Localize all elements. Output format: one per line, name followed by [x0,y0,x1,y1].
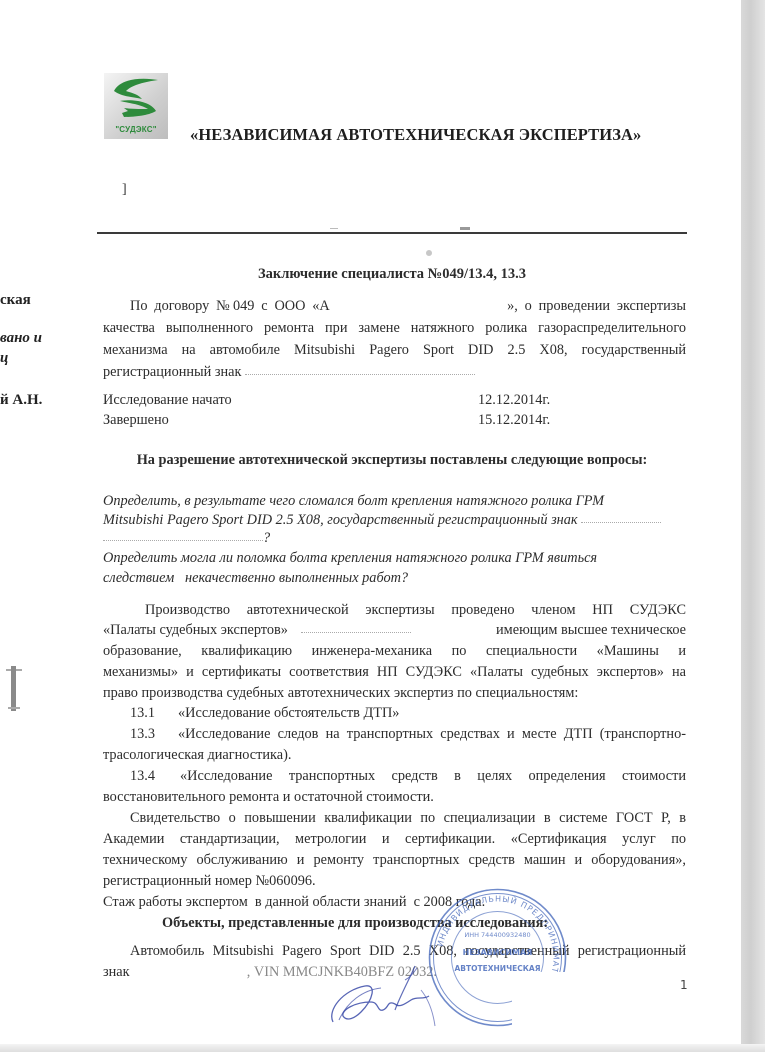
question-1-text: Mitsubishi Pagero Sport DID 2.5 X08, гос… [103,512,578,528]
header-divider [97,232,687,234]
certificate-line: Свидетельство о повышении квалификации п… [130,808,686,828]
redacted-plate-number [245,371,475,375]
question-1-line: Mitsubishi Pagero Sport DID 2.5 X08, гос… [103,510,661,530]
question-1-line: Определить, в результате чего сломался б… [103,491,604,511]
intro-text-4: регистрационный знак [103,364,241,380]
date-value-finished: 15.12.2014г. [478,410,550,430]
sudex-logo: "СУДЭКС" [104,73,168,139]
redacted-plate-number [581,519,661,523]
specialty-text: «Исследование транспортных средств в цел… [180,766,686,786]
question-2-line: следствием некачественно выполненных раб… [103,568,408,588]
question-1-line: ? [103,528,270,548]
expert-text: «Палаты судебных экспертов» [103,622,288,638]
expert-line: Производство автотехнической экспертизы … [145,600,686,620]
specialty-text: трасологическая диагностика). [103,745,291,765]
specialty-text: «Исследование следов на транспортных сре… [178,724,686,744]
binding-mark [11,666,16,711]
fragment-line: й А.Н. [0,392,42,409]
objects-line: Автомобиль Mitsubishi Pagero Sport DID 2… [130,941,686,961]
intro-line: По договору №049 с ООО «А », о проведени… [130,296,686,316]
date-label-started: Исследование начато [103,390,232,410]
date-label-finished: Завершено [103,410,169,430]
svg-text:ИНН 744400932480: ИНН 744400932480 [464,931,530,939]
document-title: Заключение специалиста №049/13.4, 13.3 [97,264,687,284]
certificate-line: Академии стандартизации, метрологии и се… [103,829,686,849]
binding-mark [8,707,20,709]
expert-line: право производства судебных автотехничес… [103,683,578,703]
certificate-line: техническому обслуживанию и ремонту тран… [103,850,686,870]
intro-line: механизма на автомобиле Mitsubishi Pager… [103,340,686,360]
intro-text-1: По договору №049 с ООО «А », о проведени… [130,298,686,314]
page-number: 1 [680,978,688,992]
redacted-expert-name [301,629,411,633]
expert-line: механизмы» и сертификаты соответствия НП… [103,662,686,682]
scan-edge-bottom [0,1044,765,1052]
sudex-s-icon [110,77,162,123]
objects-text: знак [103,964,130,980]
specialty-code: 13.1 [130,703,155,723]
date-value-started: 12.12.2014г. [478,390,550,410]
text-cursor-mark: ] [122,182,127,198]
specialty-code: 13.3 [130,724,155,744]
specialty-text: восстановительного ремонта и остаточной … [103,787,434,807]
specialty-text: «Исследование обстоятельств ДТП» [178,703,399,723]
questions-heading: На разрешение автотехнической экспертизы… [97,450,687,470]
fragment-line: ская [0,292,31,309]
expert-text: имеющим высшее техническое [496,620,686,640]
question-2-line: Определить могла ли поломка болта крепле… [103,548,597,568]
logo-caption: "СУДЭКС" [104,125,168,134]
redacted-vin [103,537,263,541]
specialty-code: 13.4 [130,766,155,786]
scan-erasure [512,972,652,1042]
intro-line: регистрационный знак [103,362,475,382]
scan-edge-right [741,0,765,1052]
fragment-line: ц [0,350,8,367]
signature [325,960,455,1040]
svg-text:НЕЗАВИСИМАЯ: НЕЗАВИСИМАЯ [463,948,533,957]
organization-title: «НЕЗАВИСИМАЯ АВТОТЕХНИЧЕСКАЯ ЭКСПЕРТИЗА» [190,125,641,145]
scan-artifact [460,227,470,230]
intro-line: качества выполненного ремонта при замене… [103,318,686,338]
scan-artifact [330,228,338,229]
expert-line: образование, квалификацию инженера-механ… [103,641,686,661]
certificate-line: регистрационный номер №060096. [103,871,316,891]
expert-line: «Палаты судебных экспертов» имеющим высш… [103,620,686,640]
fragment-line: вано и [0,330,42,347]
handwritten-signature-icon [325,960,455,1035]
scan-speck [426,250,432,256]
question-1-end: ? [263,530,270,546]
